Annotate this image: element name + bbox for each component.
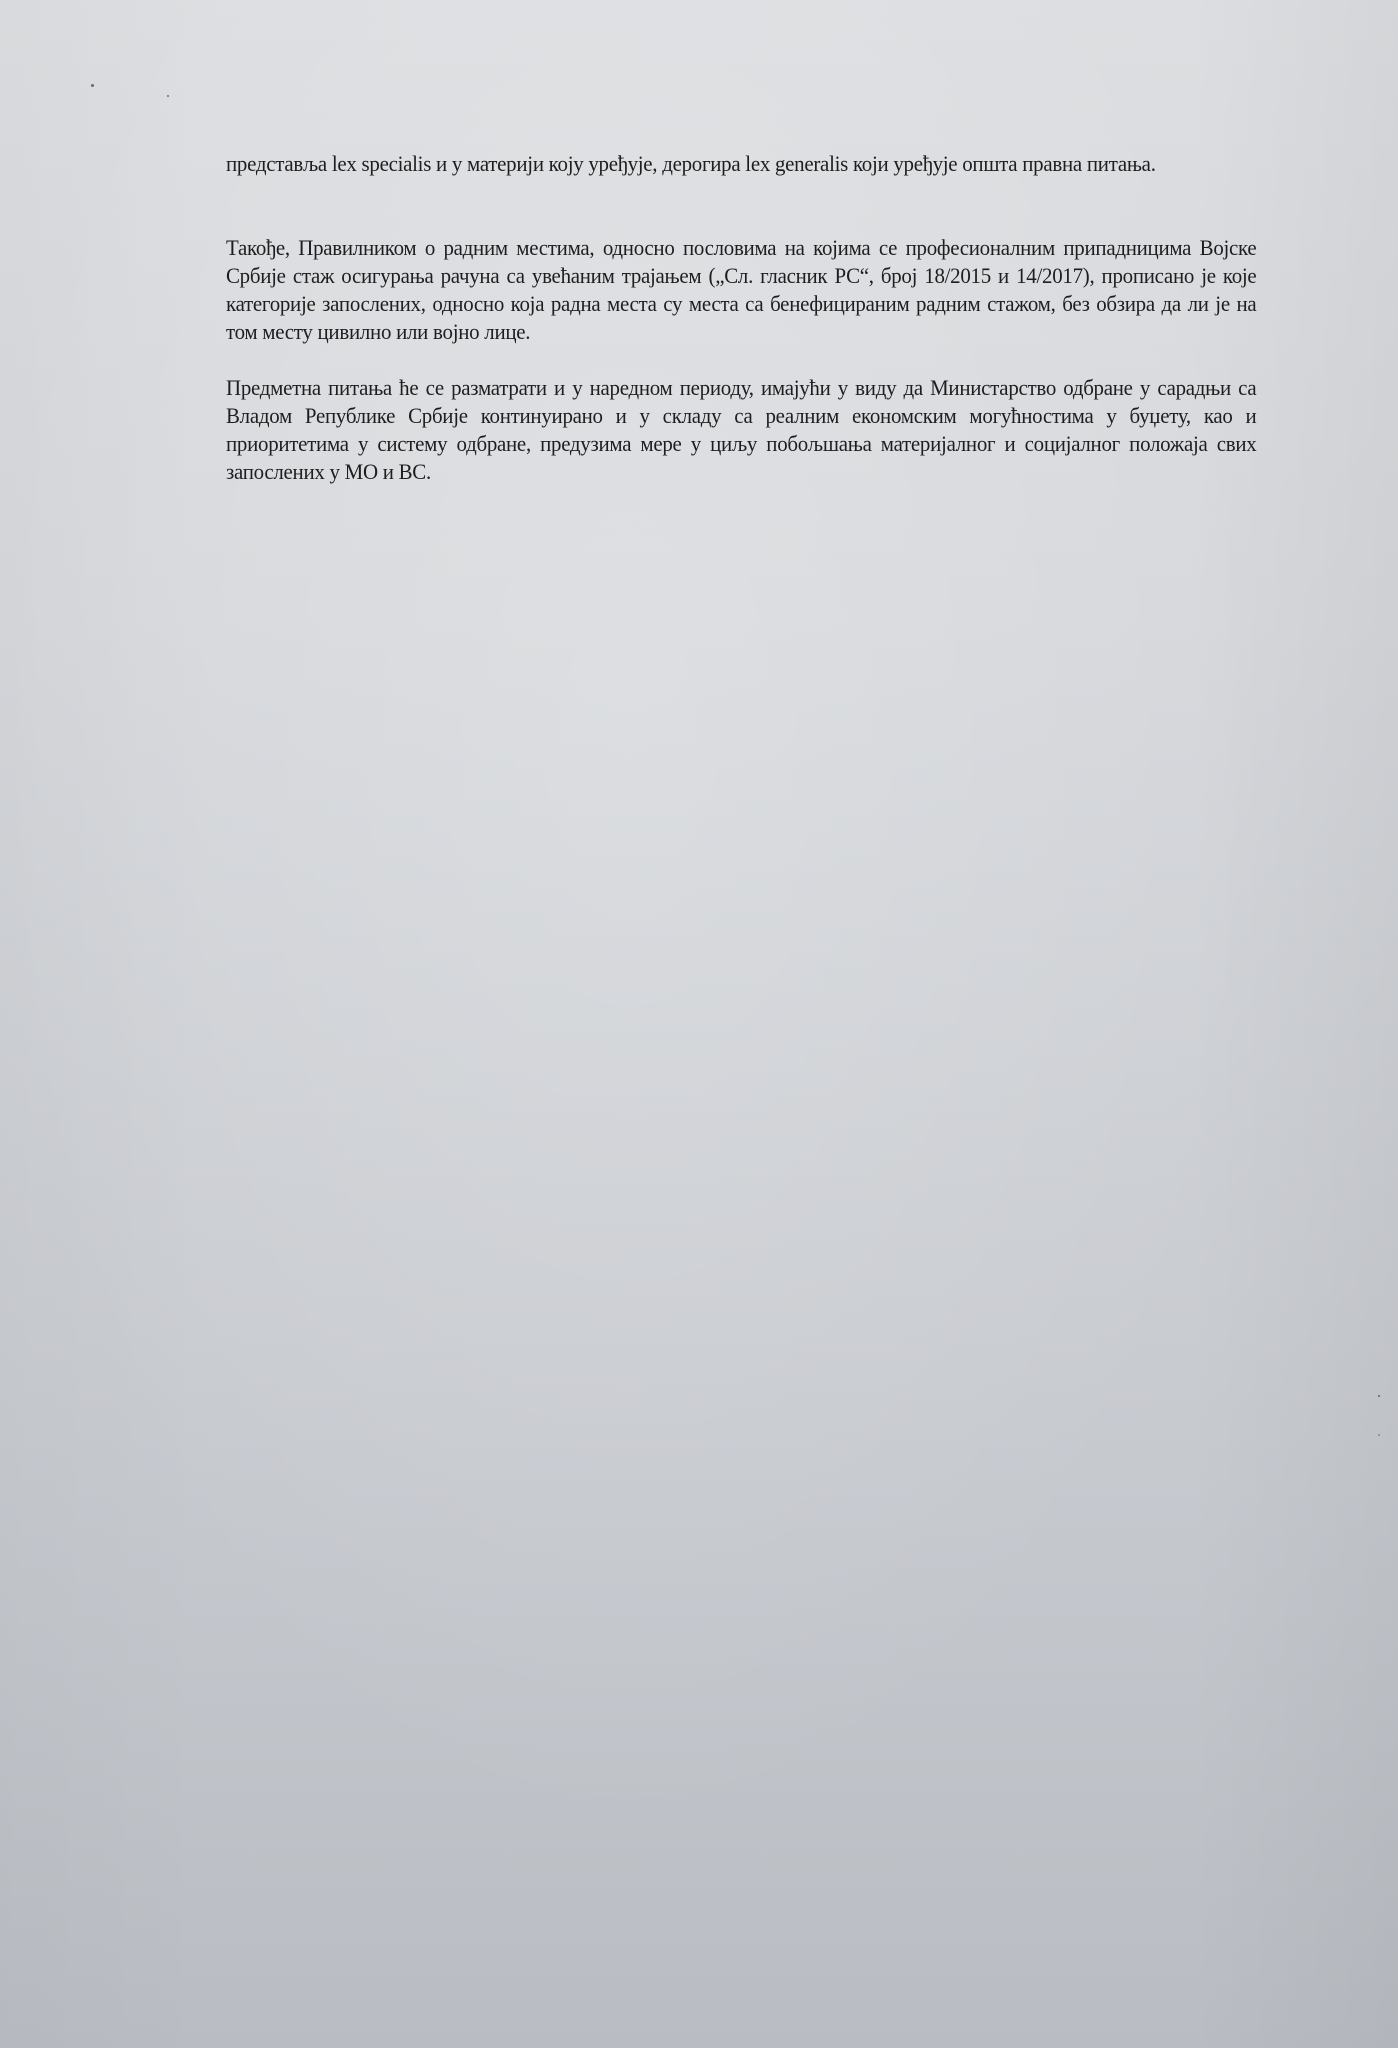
paper-speck — [91, 84, 94, 87]
paper-speck — [1378, 1434, 1380, 1436]
paragraph-beneficiary-service: Такође, Правилником о радним местима, од… — [226, 234, 1256, 346]
paper-speck — [167, 95, 169, 97]
paper-speck — [1378, 1395, 1380, 1397]
paragraph-ministry-measures: Предметна питања ће се разматрати и у на… — [226, 374, 1256, 486]
paragraph-lex-specialis: представља lex specialis и у материји ко… — [226, 150, 1256, 178]
document-body: представља lex specialis и у материји ко… — [226, 150, 1256, 486]
